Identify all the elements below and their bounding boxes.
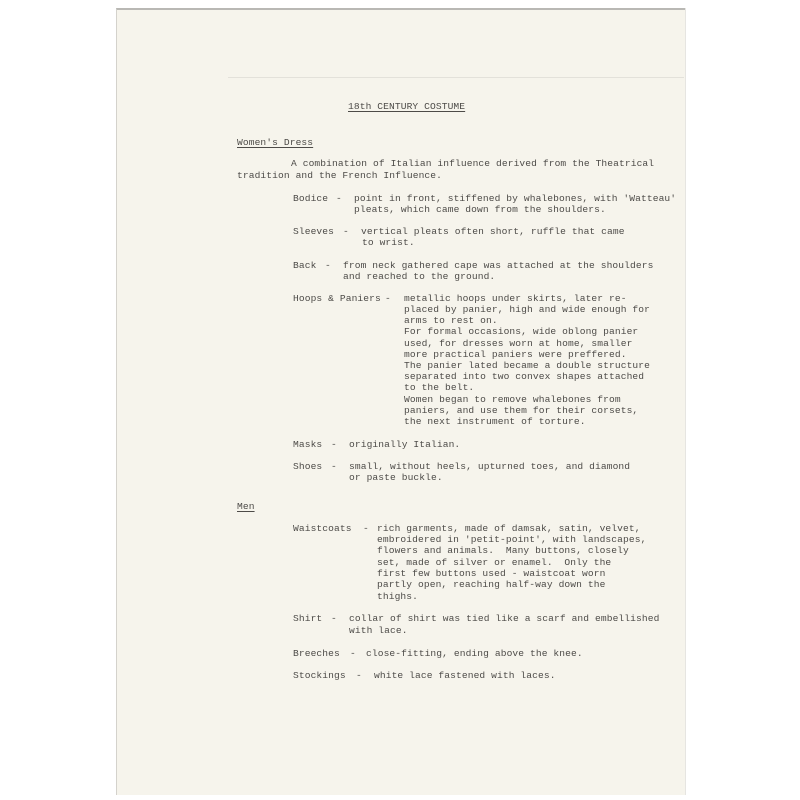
item-line: the next instrument of torture. — [404, 416, 586, 427]
item-dash: - — [336, 193, 342, 204]
item-line: thighs. — [377, 591, 418, 602]
item-line: collar of shirt was tied like a scarf an… — [349, 613, 659, 624]
item-line: rich garments, made of damsak, satin, ve… — [377, 523, 641, 534]
intro-line: A combination of Italian influence deriv… — [291, 158, 654, 169]
item-line: set, made of silver or enamel. Only the — [377, 557, 611, 568]
item-line: point in front, stiffened by whalebones,… — [354, 193, 676, 204]
item-dash: - — [350, 648, 356, 659]
item-line: or paste buckle. — [349, 472, 443, 483]
item-line: The panier lated became a double structu… — [404, 360, 650, 371]
item-line: embroidered in 'petit-point', with lands… — [377, 534, 646, 545]
item-dash: - — [331, 439, 337, 450]
item-line: partly open, reaching half-way down the — [377, 579, 605, 590]
item-dash: - — [343, 226, 349, 237]
item-line: arms to rest on. — [404, 315, 498, 326]
item-line: metallic hoops under skirts, later re- — [404, 293, 627, 304]
intro-line: tradition and the French Influence. — [237, 170, 442, 181]
item-dash: - — [363, 523, 369, 534]
item-line: white lace fastened with laces. — [374, 670, 556, 681]
item-dash: - — [325, 260, 331, 271]
item-line: For formal occasions, wide oblong panier — [404, 326, 638, 337]
item-line: first few buttons used - waistcoat worn — [377, 568, 605, 579]
item-dash: - — [331, 613, 337, 624]
item-line: Women began to remove whalebones from — [404, 394, 621, 405]
item-line: and reached to the ground. — [343, 271, 495, 282]
page-fold-line — [228, 77, 684, 78]
item-line: placed by panier, high and wide enough f… — [404, 304, 650, 315]
item-line: with lace. — [349, 625, 408, 636]
item-term: Masks — [293, 439, 322, 450]
item-line: paniers, and use them for their corsets, — [404, 405, 638, 416]
item-line: from neck gathered cape was attached at … — [343, 260, 653, 271]
section-heading-womens-dress: Women's Dress — [237, 137, 313, 148]
item-term: Breeches — [293, 648, 340, 659]
item-dash: - — [356, 670, 362, 681]
item-line: separated into two convex shapes attache… — [404, 371, 644, 382]
item-line: close-fitting, ending above the knee. — [366, 648, 583, 659]
item-term: Sleeves — [293, 226, 334, 237]
item-line: pleats, which came down from the shoulde… — [354, 204, 606, 215]
item-line: small, without heels, upturned toes, and… — [349, 461, 630, 472]
item-line: more practical paniers were preffered. — [404, 349, 627, 360]
item-line: used, for dresses worn at home, smaller — [404, 338, 632, 349]
item-term: Hoops & Paniers — [293, 293, 381, 304]
item-line: originally Italian. — [349, 439, 460, 450]
item-line: vertical pleats often short, ruffle that… — [361, 226, 625, 237]
item-term: Waistcoats — [293, 523, 352, 534]
section-heading-men: Men — [237, 501, 255, 512]
item-term: Bodice — [293, 193, 328, 204]
item-term: Shirt — [293, 613, 322, 624]
item-line: flowers and animals. Many buttons, close… — [377, 545, 629, 556]
item-term: Shoes — [293, 461, 322, 472]
item-term: Back — [293, 260, 316, 271]
item-dash: - — [385, 293, 391, 304]
item-term: Stockings — [293, 670, 346, 681]
item-line: to the belt. — [404, 382, 474, 393]
document-title: 18th CENTURY COSTUME — [348, 101, 465, 112]
item-dash: - — [331, 461, 337, 472]
item-line: to wrist. — [362, 237, 415, 248]
